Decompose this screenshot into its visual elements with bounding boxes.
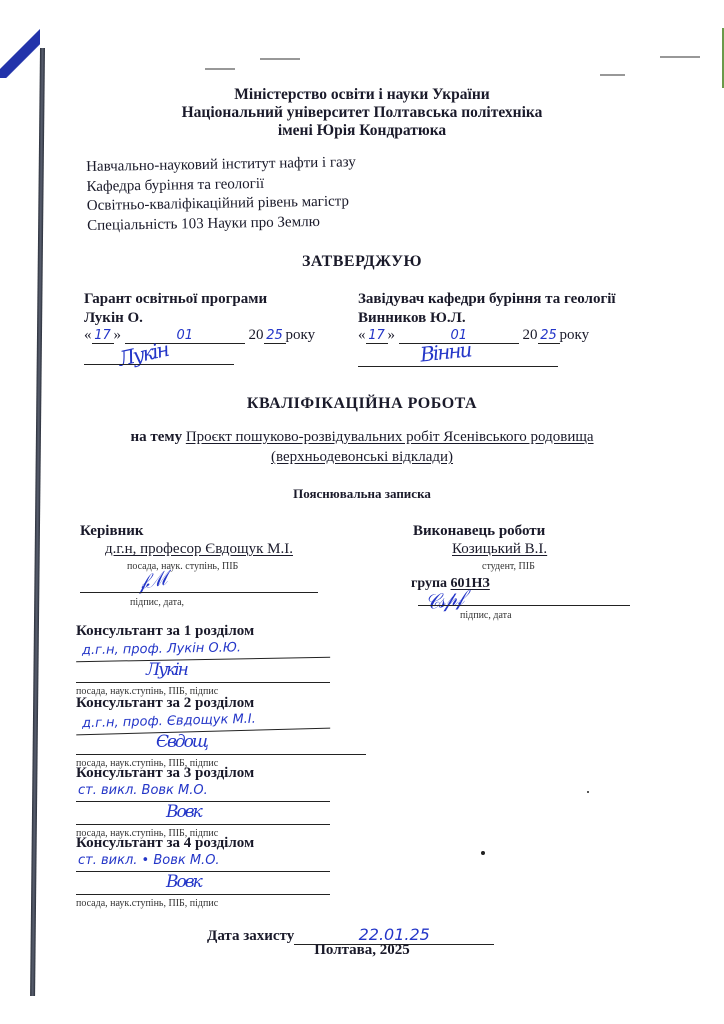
signature-line	[358, 366, 558, 367]
topic-text: Проєкт пошуково-розвідувальних робіт Ясе…	[186, 429, 594, 445]
performer-heading: Виконавець роботи	[413, 522, 545, 541]
consultant-handwritten: д.г.н, проф. Лукін О.Ю.	[76, 639, 330, 662]
approval-right-date: «17» 01 2025року	[358, 327, 589, 344]
performer-value: Козицький В.І.	[452, 541, 547, 558]
specialty-line: Спеціальність 103 Науки про Землю	[87, 212, 357, 236]
consultant-heading: Консультант за 1 розділом	[76, 622, 330, 641]
work-topic-line-2: (верхньодевонські відклади)	[0, 449, 724, 466]
university-named-after: імені Юрія Кондратюка	[0, 122, 724, 140]
approval-left-year: 25	[264, 328, 286, 344]
year-prefix: 20	[249, 327, 264, 343]
work-topic-line-1: на тему Проєкт пошуково-розвідувальних р…	[0, 429, 724, 446]
approval-left-name: Лукін О.	[84, 309, 267, 328]
consultant-signature: Вовк	[76, 802, 330, 825]
supervisor-value: д.г.н, професор Євдощук М.І.	[105, 541, 293, 558]
performer-signature-caption: підпис, дата	[460, 610, 512, 621]
year-word: року	[560, 327, 590, 343]
signature-line	[80, 592, 318, 593]
city-year: Полтава, 2025	[0, 941, 724, 960]
approval-right-day: 17	[366, 328, 388, 344]
scan-speck	[205, 68, 235, 70]
consultant-signature: Вовк	[76, 872, 330, 895]
approval-right-name: Винников Ю.Л.	[358, 309, 616, 328]
year-word: року	[286, 327, 316, 343]
explanatory-note-label: Пояснювальна записка	[0, 486, 724, 502]
topic-text-cont: (верхньодевонські відклади)	[271, 449, 453, 465]
consultant-2: Консультант за 2 розділом д.г.н, проф. Є…	[76, 694, 330, 769]
approval-left-block: Гарант освітньої програми Лукін О.	[84, 290, 267, 328]
signature-line	[418, 605, 630, 606]
scan-speck	[660, 56, 700, 58]
consultant-heading: Консультант за 3 розділом	[76, 764, 330, 783]
consultant-signature: Євдощ	[76, 732, 366, 755]
consultant-handwritten: ст. викл. Вовк М.О.	[76, 783, 330, 802]
approval-right-signature: Вінни	[419, 337, 472, 366]
consultant-heading: Консультант за 4 розділом	[76, 834, 330, 853]
scan-corner-mark	[0, 28, 40, 78]
supervisor-heading: Керівник	[80, 522, 144, 541]
approval-title: ЗАТВЕРДЖУЮ	[0, 253, 724, 271]
approval-right-year: 25	[538, 328, 560, 344]
signature-line	[84, 364, 234, 365]
work-title: КВАЛІФІКАЦІЙНА РОБОТА	[0, 395, 724, 413]
consultant-handwritten: ст. викл. • Вовк М.О.	[76, 853, 330, 872]
consultant-4: Консультант за 4 розділом ст. викл. • Во…	[76, 834, 330, 909]
scan-dot	[587, 791, 589, 793]
topic-label: на тему	[130, 429, 182, 445]
ministry-heading: Міністерство освіти і науки України	[0, 86, 724, 104]
institute-info-block: Навчально-науковий інститут нафти і газу…	[86, 153, 357, 236]
consultant-3: Консультант за 3 розділом ст. викл. Вовк…	[76, 764, 330, 839]
scan-dot	[481, 851, 485, 855]
supervisor-signature: 𝒻ℳ	[136, 566, 167, 594]
approval-right-role: Завідувач кафедри буріння та геології	[358, 290, 616, 309]
supervisor-signature-caption: підпис, дата,	[130, 597, 184, 608]
approval-right-block: Завідувач кафедри буріння та геології Ви…	[358, 290, 616, 328]
performer-caption: студент, ПІБ	[482, 561, 535, 572]
approval-left-day: 17	[92, 328, 114, 344]
approval-left-role: Гарант освітньої програми	[84, 290, 267, 309]
university-heading: Національний університет Полтавська полі…	[0, 104, 724, 122]
consultant-caption: посада, наук.ступінь, ПІБ, підпис	[76, 898, 330, 909]
approval-left-date: «17» 01 2025року	[84, 327, 315, 344]
scan-speck	[600, 74, 625, 76]
consultant-1: Консультант за 1 розділом д.г.н, проф. Л…	[76, 622, 330, 697]
year-prefix: 20	[523, 327, 538, 343]
consultant-signature: Лукін	[76, 660, 330, 683]
performer-signature: 𝒞𝓈𝓅𝒻	[424, 586, 464, 615]
scan-page-edge	[30, 48, 45, 996]
scan-speck	[260, 58, 300, 60]
